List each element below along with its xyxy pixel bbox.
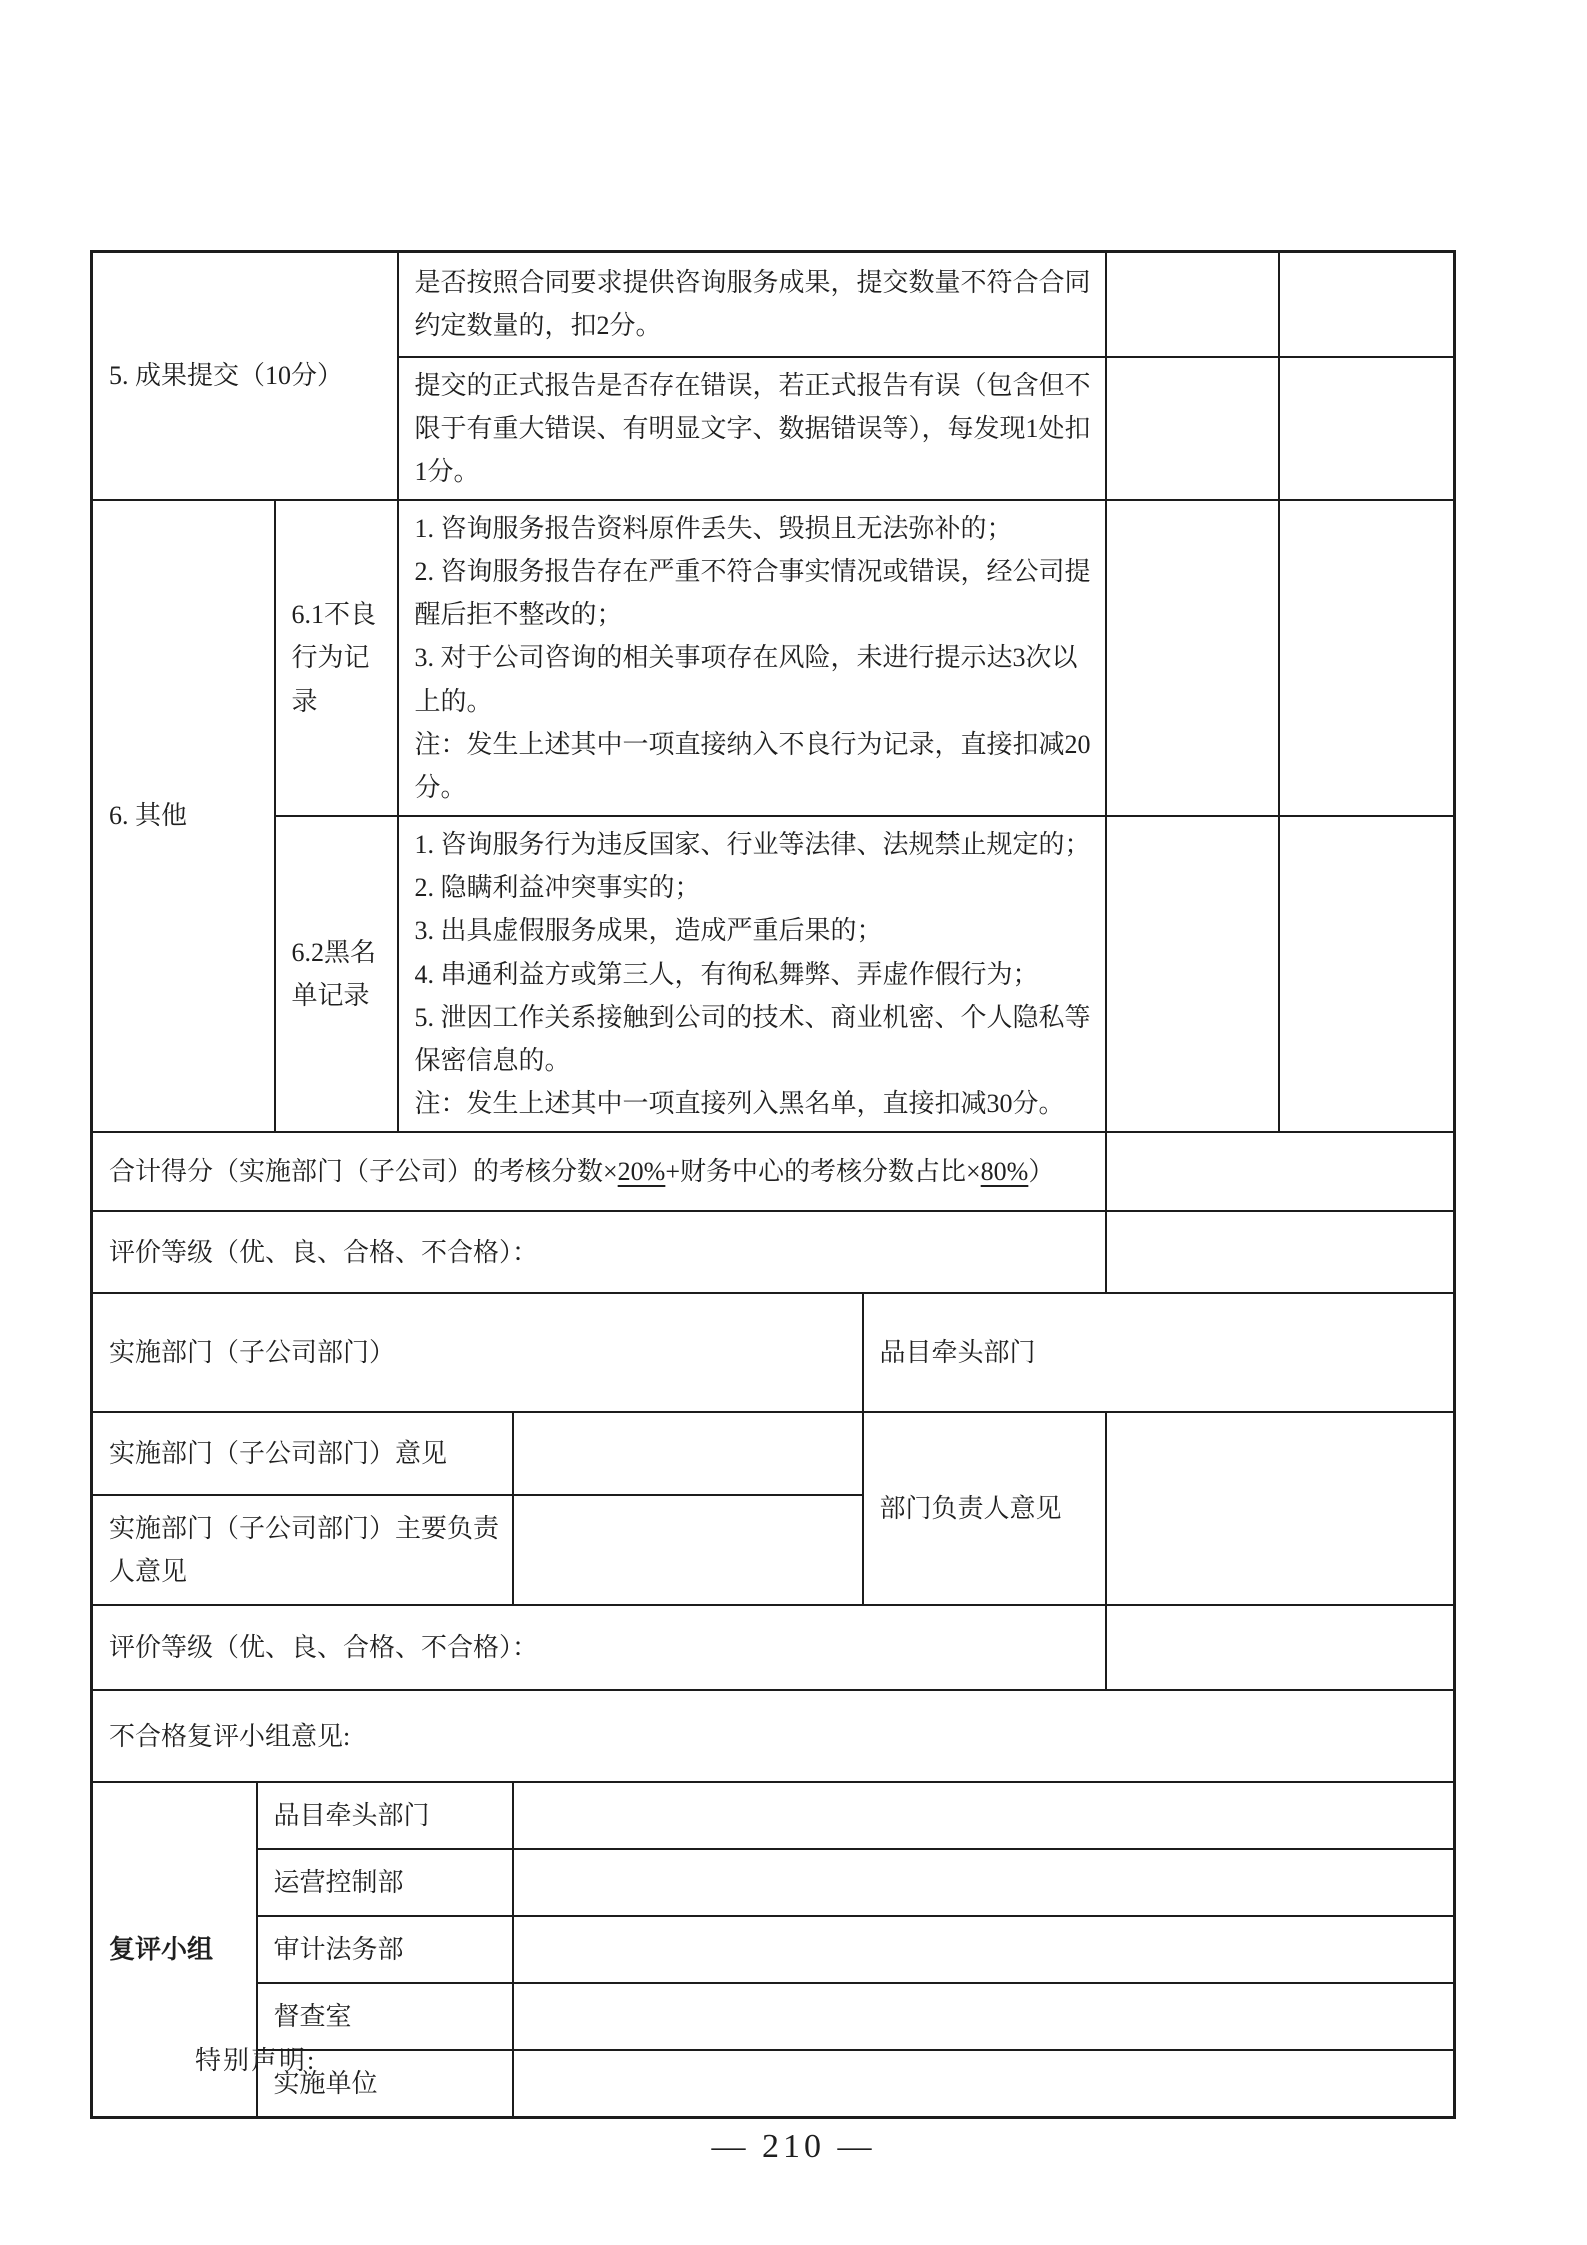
row-review-member: 复评小组 品目牵头部门 [92,1782,1455,1849]
content-line: 3. 出具虚假服务成果，造成严重后果的； [415,909,1097,952]
row-grade-2: 评价等级（优、良、合格、不合格）： [92,1605,1455,1690]
total-score-label-cell: 合计得分（实施部门（子公司）的考核分数×20%+财务中心的考核分数占比×80%） [92,1132,1106,1211]
dept-head-opinion-label-cell: 部门负责人意见 [863,1412,1106,1605]
grade1-value-cell [1106,1211,1455,1293]
score-cell [1106,357,1279,500]
row-6-2: 6.2黑名单记录 1. 咨询服务行为违反国家、行业等法律、法规禁止规定的； 2.… [92,816,1455,1132]
row-review-member: 审计法务部 [92,1916,1455,1983]
total-score-text: 合计得分（实施部门（子公司）的考核分数× [109,1157,618,1186]
lead-dept-cell: 品目牵头部门 [863,1293,1455,1412]
page-number: — 210 — [0,2128,1587,2166]
row6-sub2-content-cell: 1. 咨询服务行为违反国家、行业等法律、法规禁止规定的； 2. 隐瞒利益冲突事实… [398,816,1106,1132]
total-score-text: +财务中心的考核分数占比× [665,1157,980,1186]
review-member-blank-cell [513,1782,1455,1849]
impl-opinion-blank-cell [513,1412,863,1495]
total-score-text: ） [1028,1157,1054,1186]
grade2-label-cell: 评价等级（优、良、合格、不合格）： [92,1605,1106,1690]
row-total-score: 合计得分（实施部门（子公司）的考核分数×20%+财务中心的考核分数占比×80%） [92,1132,1455,1211]
review-member-label-cell: 审计法务部 [257,1916,513,1983]
score-cell [1279,500,1455,816]
row-grade-1: 评价等级（优、良、合格、不合格）： [92,1211,1455,1293]
content-line: 注：发生上述其中一项直接纳入不良行为记录，直接扣减20分。 [415,723,1097,809]
row-6-1: 6. 其他 6.1不良行为记录 1. 咨询服务报告资料原件丢失、毁损且无法弥补的… [92,500,1455,816]
review-member-label-cell: 品目牵头部门 [257,1782,513,1849]
assessment-table: 5. 成果提交（10分） 是否按照合同要求提供咨询服务成果，提交数量不符合合同约… [90,250,1456,2119]
score-cell [1279,357,1455,500]
score-cell [1279,816,1455,1132]
content-line: 4. 串通利益方或第三人，有徇私舞弊、弄虚作假行为； [415,953,1097,996]
total-score-value-cell [1106,1132,1455,1211]
content-line: 2. 隐瞒利益冲突事实的； [415,866,1097,909]
content-line: 注：发生上述其中一项直接列入黑名单，直接扣减30分。 [415,1082,1097,1125]
review-member-blank-cell [513,1916,1455,1983]
impl-main-opinion-label-cell: 实施部门（子公司部门）主要负责人意见 [92,1495,513,1605]
review-member-blank-cell [513,2050,1455,2117]
row-review-member: 运营控制部 [92,1849,1455,1916]
impl-dept-cell: 实施部门（子公司部门） [92,1293,863,1412]
grade1-label-cell: 评价等级（优、良、合格、不合格）： [92,1211,1106,1293]
total-score-pct1: 20% [618,1157,666,1186]
review-member-blank-cell [513,1849,1455,1916]
row6-sub1-label-cell: 6.1不良行为记录 [275,500,398,816]
review-member-label-cell: 运营控制部 [257,1849,513,1916]
content-line: 5. 泄因工作关系接触到公司的技术、商业机密、个人隐私等保密信息的。 [415,996,1097,1082]
review-opinion-cell: 不合格复评小组意见: [92,1690,1455,1782]
row5-label-cell: 5. 成果提交（10分） [92,252,398,500]
content-line: 1. 咨询服务行为违反国家、行业等法律、法规禁止规定的； [415,823,1097,866]
row5-criterion2-cell: 提交的正式报告是否存在错误，若正式报告有误（包含但不限于有重大错误、有明显文字、… [398,357,1106,500]
row-5a: 5. 成果提交（10分） 是否按照合同要求提供咨询服务成果，提交数量不符合合同约… [92,252,1455,357]
dept-head-opinion-blank-cell [1106,1412,1455,1605]
row-review-opinion: 不合格复评小组意见: [92,1690,1455,1782]
row6-sub1-content-cell: 1. 咨询服务报告资料原件丢失、毁损且无法弥补的； 2. 咨询服务报告存在严重不… [398,500,1106,816]
document-page: 5. 成果提交（10分） 是否按照合同要求提供咨询服务成果，提交数量不符合合同约… [0,0,1587,2245]
impl-opinion-label-cell: 实施部门（子公司部门）意见 [92,1412,513,1495]
score-cell [1106,500,1279,816]
content-line: 3. 对于公司咨询的相关事项存在风险，未进行提示达3次以上的。 [415,636,1097,722]
grade2-value-cell [1106,1605,1455,1690]
content-line: 1. 咨询服务报告资料原件丢失、毁损且无法弥补的； [415,507,1097,550]
score-cell [1106,252,1279,357]
row6-label-cell: 6. 其他 [92,500,275,1132]
content-line: 2. 咨询服务报告存在严重不符合事实情况或错误，经公司提醒后拒不整改的； [415,550,1097,636]
row5-criterion1-cell: 是否按照合同要求提供咨询服务成果，提交数量不符合合同约定数量的，扣2分。 [398,252,1106,357]
row-impl-opinion: 实施部门（子公司部门）意见 部门负责人意见 [92,1412,1455,1495]
special-note: 特别声明: [195,2040,316,2077]
score-cell [1279,252,1455,357]
score-cell [1106,816,1279,1132]
row6-sub2-label-cell: 6.2黑名单记录 [275,816,398,1132]
impl-main-opinion-blank-cell [513,1495,863,1605]
row-departments: 实施部门（子公司部门） 品目牵头部门 [92,1293,1455,1412]
total-score-pct2: 80% [981,1157,1029,1186]
review-member-blank-cell [513,1983,1455,2050]
